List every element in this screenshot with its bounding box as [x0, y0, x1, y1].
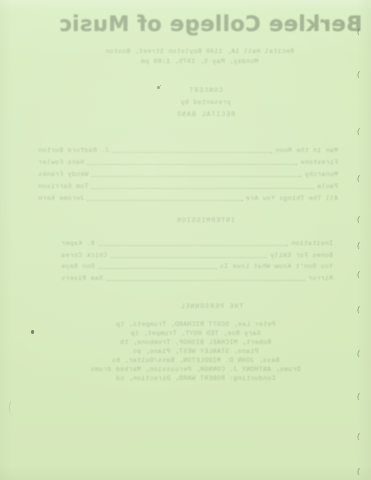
program-title: Firestone — [300, 160, 338, 167]
program-credit: J. Radford Burton — [38, 148, 109, 155]
personnel-line: Gary Roe, TED HOYT, Trumpet, tp — [10, 331, 371, 338]
personnel-line: Peter Lee, SCOTT RICHARD, Trumpets, tp — [10, 322, 371, 329]
presented-line-3: RECITAL BAND — [20, 112, 371, 119]
personnel-line: Robert, MICHAEL BISHOP, Trombone, tb — [10, 340, 371, 347]
intermission-heading: INTERMISSION — [20, 218, 371, 225]
personnel-line: Bass, JOHN D. MIDDLETON, Bass/Guitar, bs — [10, 358, 371, 365]
dot-leader — [112, 152, 272, 153]
page-title: Berklee College of Music — [25, 14, 371, 35]
dot-leader — [91, 188, 314, 189]
program-credit: Tom Garrison — [38, 184, 88, 191]
program-title: Monarchy — [304, 172, 338, 179]
venue-line: Recital Hall 1A, 1140 Boylston Street, B… — [14, 49, 371, 56]
program-row: Man in the Moon J. Radford Burton — [38, 147, 338, 154]
program-row: All The Things You Are Jerome Kern — [38, 195, 338, 202]
program-title: Bones For Emily — [270, 253, 333, 260]
dot-leader — [91, 176, 301, 177]
program-title: Paula — [317, 184, 338, 191]
program-credit: Wendy Franks — [38, 172, 88, 179]
program-row: Bones For Emily Chick Corea — [61, 252, 333, 259]
date-line: Monday, May 5, 1975, 1:00 pm — [14, 59, 371, 66]
personnel-line: Conducting: ROBERT WARD, Direction, cd — [10, 376, 371, 383]
program-credit: Hans Fowler — [38, 160, 84, 167]
program-credit: Chick Corea — [61, 253, 107, 260]
program-row: Mirror Sam Rivers — [61, 275, 333, 282]
dot-leader — [87, 200, 242, 201]
program-row: Invitation B. Kaper — [61, 240, 333, 247]
scanned-program-page-back: Berklee College of Music Recital Hall 1A… — [0, 0, 371, 480]
program-row: Firestone Hans Fowler — [38, 159, 338, 166]
dot-leader — [106, 280, 305, 281]
program-title: Mirror — [308, 276, 333, 283]
showthrough-layer: Berklee College of Music Recital Hall 1A… — [0, 0, 371, 480]
program-title: You Don't Know What Love Is — [220, 264, 333, 271]
program-row: Paula Tom Garrison — [38, 183, 338, 190]
program-title: Invitation — [291, 241, 333, 248]
program-row: Monarchy Wendy Franks — [38, 171, 338, 178]
personnel-heading: THE PERSONNEL — [26, 304, 371, 311]
program-credit: Jerome Kern — [38, 196, 84, 203]
presented-line-2: presented by — [20, 100, 371, 107]
dot-leader — [87, 164, 297, 165]
ink-speck — [157, 86, 160, 89]
program-credit: Sam Rivers — [61, 276, 103, 283]
presented-line-1: CONCERT — [20, 88, 371, 95]
program-credit: B. Kaper — [61, 241, 95, 248]
dot-leader — [110, 257, 267, 258]
personnel-line: Piano, STANLEY WEST, Piano, pn — [10, 349, 371, 356]
dot-leader — [98, 268, 217, 269]
program-credit: Don Raye — [61, 264, 95, 271]
program-title: All The Things You Are — [246, 196, 338, 203]
ink-speck — [31, 330, 34, 334]
program-title: Man in the Moon — [275, 148, 338, 155]
personnel-line: Drums, ANTHONY J. CONNOR, Percussion, Ma… — [10, 367, 371, 374]
program-row: You Don't Know What Love Is Don Raye — [61, 263, 333, 270]
dot-leader — [98, 245, 288, 246]
